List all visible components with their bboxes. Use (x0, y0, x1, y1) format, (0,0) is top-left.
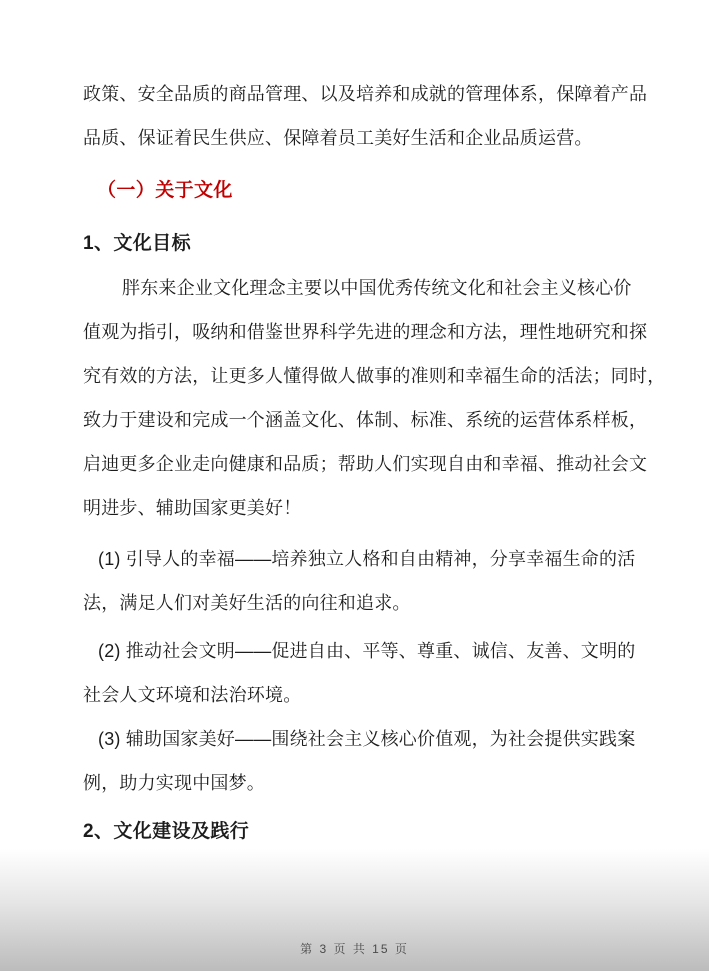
section-heading-culture: （一）关于文化 (83, 169, 709, 213)
subsection-heading-culture-goal: 1、文化目标 (83, 222, 709, 266)
list-item-2: (2) 推动社会文明——促进自由、平等、尊重、诚信、友善、文明的 (83, 629, 709, 673)
body-line: 社会人文环境和法治环境。 (83, 673, 709, 717)
body-line: 法，满足人们对美好生活的向往和追求。 (83, 581, 709, 625)
body-line: 启迪更多企业走向健康和品质；帮助人们实现自由和幸福、推动社会文 (83, 442, 709, 486)
list-item-3: (3) 辅助国家美好——围绕社会主义核心价值观，为社会提供实践案 (83, 717, 709, 761)
list-item-1: (1) 引导人的幸福——培养独立人格和自由精神，分享幸福生命的活 (83, 537, 709, 581)
document-page: 政策、安全品质的商品管理、以及培养和成就的管理体系，保障着产品 品质、保证着民生… (0, 0, 709, 971)
body-line: 例，助力实现中国梦。 (83, 761, 709, 805)
body-line: 值观为指引，吸纳和借鉴世界科学先进的理念和方法，理性地研究和探 (83, 310, 709, 354)
document-body: 政策、安全品质的商品管理、以及培养和成就的管理体系，保障着产品 品质、保证着民生… (83, 72, 709, 854)
body-line: 明进步、辅助国家更美好！ (83, 486, 709, 530)
body-line: 品质、保证着民生供应、保障着员工美好生活和企业品质运营。 (83, 116, 709, 160)
body-line: 政策、安全品质的商品管理、以及培养和成就的管理体系，保障着产品 (83, 72, 709, 116)
paragraph-first-line: 胖东来企业文化理念主要以中国优秀传统文化和社会主义核心价 (83, 266, 709, 310)
subsection-heading-culture-practice: 2、文化建设及践行 (83, 810, 709, 854)
page-number: 第 3 页 共 15 页 (0, 940, 709, 957)
body-line: 究有效的方法，让更多人懂得做人做事的准则和幸福生命的活法；同时， (83, 354, 709, 398)
body-line: 致力于建设和完成一个涵盖文化、体制、标准、系统的运营体系样板， (83, 398, 709, 442)
